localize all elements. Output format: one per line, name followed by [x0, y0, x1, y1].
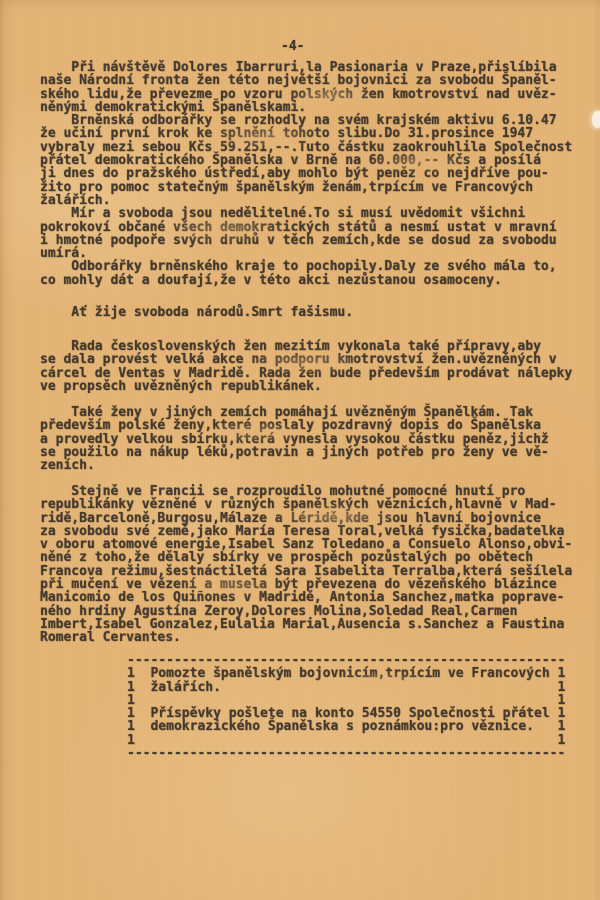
document-page: -4- Při návštěvě Dolores Ibarruri,la Pas…: [0, 0, 600, 900]
paragraph-take-zeny: Také ženy v jiných zemích pomáhají uvězn…: [40, 406, 549, 472]
paragraph-francie: Stejně ve Francii se rozproudilo mohutné…: [40, 485, 572, 645]
text-line: a provedly velkou sbírku,která vynesla v…: [40, 433, 549, 446]
page-number: -4-: [281, 39, 304, 54]
text-line: Manicomio de los Quiñones v Madridě, Ant…: [40, 591, 572, 604]
text-line: 1 Pomozte španělským bojovnicím,trpícím …: [127, 667, 565, 680]
text-line: se použilo na nákup léků,potravin a jiný…: [40, 446, 549, 459]
text-line: ve propsěch uvězněných republikánek.: [40, 380, 572, 393]
text-line: pokrokoví občané všech demokratických st…: [40, 221, 572, 234]
text-line: republikánky vězněné v různých španělský…: [40, 498, 572, 511]
text-line: Odborářky brněnského kraje to pochopily.…: [40, 260, 572, 273]
paper-spot: [592, 111, 600, 128]
text-line: ji dnes do pražského ústředí,aby mohlo b…: [40, 167, 572, 180]
text-line: žito pro pomoc statečným španělským žená…: [40, 181, 572, 194]
text-line: se dala provést velká akce na podporu km…: [40, 353, 572, 366]
paragraph-rada-zen: Rada československých žen mezitím vykona…: [40, 340, 572, 393]
text-line: Ať žije svoboda národů.Smrt fašismu.: [40, 306, 353, 319]
text-line: 1 žalářích. 1: [127, 681, 565, 694]
text-line: že učiní první krok ke splnění tohoto sl…: [40, 127, 572, 140]
text-line: cárcel de Ventas v Madridě. Rada žen bud…: [40, 367, 572, 380]
text-line: Mír a svoboda jsou nedělitelné.To si mus…: [40, 207, 572, 220]
text-line: ----------------------------------------…: [127, 747, 565, 760]
text-line: naše Národní fronta žen této největší bo…: [40, 74, 572, 87]
text-line: co mohly dát a doufají,že v této akci ne…: [40, 274, 572, 287]
text-line: něné z toho,že dělaly sbírky ve prospěch…: [40, 551, 572, 564]
text-line: 1 1: [127, 734, 565, 747]
text-line: zeních.: [40, 459, 549, 472]
text-line: ského lidu,že převezme po vzoru polských…: [40, 88, 572, 101]
paragraph-block-intro: Při návštěvě Dolores Ibarruri,la Pasiona…: [40, 61, 572, 287]
text-line: i hmotné podpoře svých druhů v těch zemí…: [40, 234, 572, 247]
text-line: ného hrdiny Agustína Zeroy,Dolores Molin…: [40, 605, 572, 618]
slogan-line: Ať žije svoboda národů.Smrt fašismu.: [40, 306, 353, 319]
text-line: 1 demokrazického Španělska s poznámkou:p…: [127, 720, 565, 733]
text-line: především polské ženy,které poslaly pozd…: [40, 419, 549, 432]
text-line: Romeral Cervantes.: [40, 631, 572, 644]
notice-box: ----------------------------------------…: [127, 654, 565, 760]
text-line: ridě,Barceloně,Burgosu,Málaze a Léridě,k…: [40, 512, 572, 525]
